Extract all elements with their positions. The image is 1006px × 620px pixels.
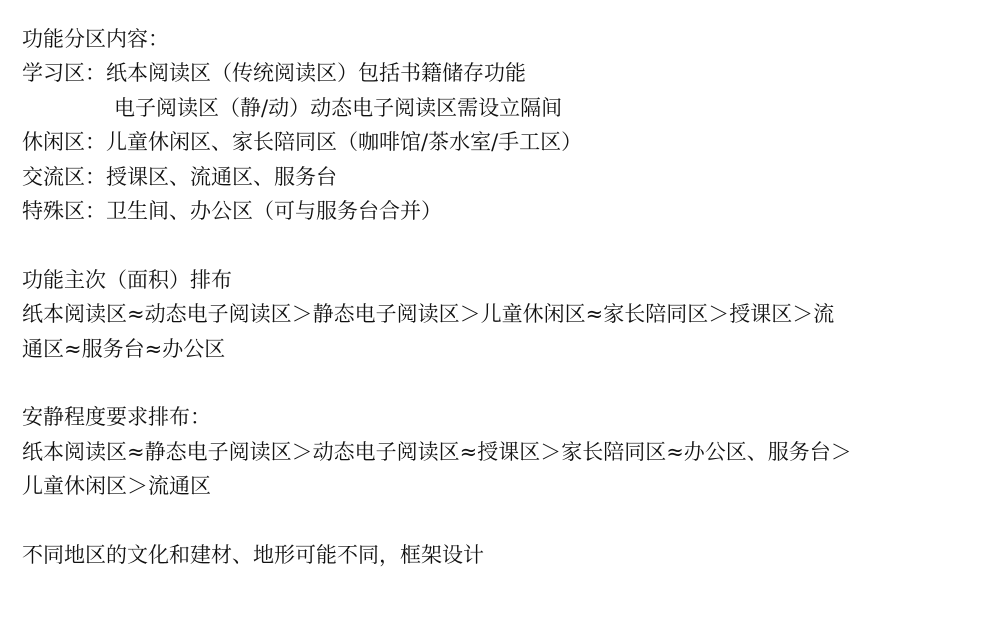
blank-line (22, 366, 982, 400)
section-title-quietness: 安静程度要求排布： (22, 400, 982, 434)
section-title-area-priority: 功能主次（面积）排布 (22, 263, 982, 297)
zone-line-exchange: 交流区：授课区、流通区、服务台 (22, 160, 982, 194)
zone-line-leisure: 休闲区：儿童休闲区、家长陪同区（咖啡馆/茶水室/手工区） (22, 125, 982, 159)
note-line: 不同地区的文化和建材、地形可能不同，框架设计 (22, 538, 982, 572)
quietness-line-1: 纸本阅读区≈静态电子阅读区＞动态电子阅读区≈授课区＞家长陪同区≈办公区、服务台＞ (22, 435, 982, 469)
blank-line (22, 228, 982, 262)
blank-line (22, 503, 982, 537)
zone-line-special: 特殊区：卫生间、办公区（可与服务台合并） (22, 194, 982, 228)
zone-line-study: 学习区：纸本阅读区（传统阅读区）包括书籍储存功能 (22, 56, 982, 90)
zone-line-study-electronic: 电子阅读区（静/动）动态电子阅读区需设立隔间 (22, 91, 982, 125)
quietness-line-2: 儿童休闲区＞流通区 (22, 469, 982, 503)
document-body: 功能分区内容： 学习区：纸本阅读区（传统阅读区）包括书籍储存功能 电子阅读区（静… (22, 22, 982, 572)
section-title-functional-zones: 功能分区内容： (22, 22, 982, 56)
area-priority-line-1: 纸本阅读区≈动态电子阅读区＞静态电子阅读区＞儿童休闲区≈家长陪同区＞授课区＞流 (22, 297, 982, 331)
area-priority-line-2: 通区≈服务台≈办公区 (22, 332, 982, 366)
